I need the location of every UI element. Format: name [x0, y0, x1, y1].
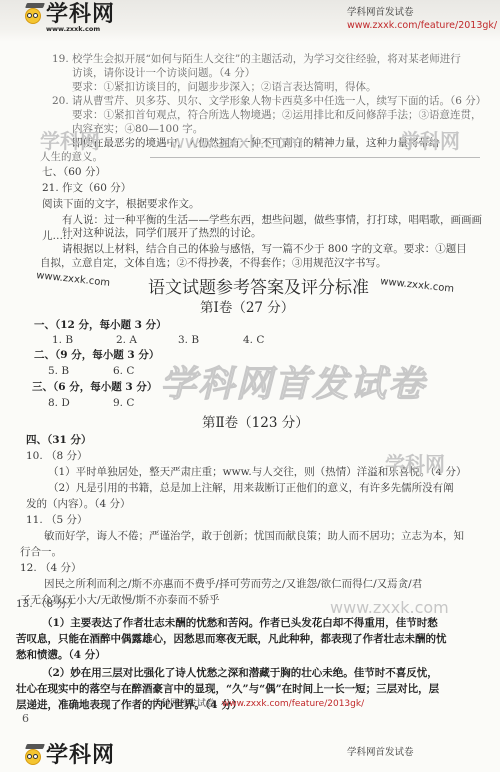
q19-line-2: 访谈，请你设计一个访谈问题。（4 分） — [72, 66, 255, 80]
q21-para2: 针对这种说法，同学们展开了热烈的讨论。 — [62, 226, 262, 240]
section-three-header: 三、（6 分，每小题 3 分） — [32, 380, 157, 394]
q19-line-3: 要求：①紧扣访谈目的，问题步步深入；②语言表达简明，得体。 — [72, 80, 377, 94]
q11-answer-b: 行合一。 — [20, 545, 62, 559]
watermark-xkw-mid: 学科网 — [385, 448, 445, 477]
logo-title-bottom: 学科网 — [46, 744, 115, 768]
header-tagline: 学科网首发试卷 — [347, 6, 497, 19]
watermark-xkw-left: 学科网 — [40, 125, 100, 154]
q21-para1a: 有人说：过一种平衡的生活——学些东西，想些问题，做些事情，打打球，唱唱歌，画画画 — [62, 213, 482, 227]
q21-title: 21. 作文（60 分） — [42, 181, 131, 195]
mascot-icon — [24, 3, 44, 29]
answer-1: 1. B — [52, 333, 73, 347]
footer-url[interactable]: www.zxxk.com/feature/2013gk/ — [222, 699, 364, 709]
q12-answer-a: 因民之所利而利之/斯不亦惠而不费乎/择可劳而劳之/又谁怨/欲仁而得仁/又焉贪/君 — [44, 577, 422, 591]
answer-4: 4. C — [243, 333, 264, 347]
q10-answer-2a: （2）凡是引用的书籍，总是加上注解，用来裁断订正他们的意义，有许多先儒所没有阐 — [48, 481, 454, 495]
logo-url: www.zxxk.com — [46, 25, 115, 33]
q20-line-2: 要求：①紧扣首句观点，符合所选人物境遇；②运用排比和反问修辞手法；③语意连贯， — [72, 108, 482, 122]
q21-para3b: 自拟，立意自定，文体自选；②不得抄袭，不得套作；③用规范汉字书写。 — [40, 256, 387, 270]
q11-title: 11. （5 分） — [26, 513, 88, 527]
watermark-url-left: www.zxxk.com — [36, 270, 111, 289]
answer-2: 2. A — [116, 333, 137, 347]
logo-title: 学科网 — [46, 3, 115, 27]
q13-answer-1a: （1）主要表达了作者壮志未酬的忧愁和苦闷。作者已头发花白却不得重用，佳节时愁 — [42, 616, 438, 630]
section-one-header: 一、（12 分，每小题 3 分） — [34, 318, 167, 332]
q19-line-1: 19. 校学生会拟开展“如何与陌生人交往”的主题活动，为学习交往经验，将对某老师… — [52, 52, 461, 66]
q21-para3a: 请根据以上材料，结合自己的体验与感悟，写一篇不少于 800 字的文章。要求：①题… — [62, 242, 467, 256]
watermark-zxxk-mid: www.zxxk.com — [330, 598, 449, 617]
divider-rule — [150, 157, 480, 158]
bottom-tagline: 学科网首发试卷 — [347, 746, 414, 759]
header-feature-link[interactable]: www.zxxk.com/feature/2013gk/ — [347, 19, 497, 32]
page-number: 6 — [22, 712, 29, 725]
site-logo-bottom[interactable]: 学科网 — [24, 744, 115, 770]
watermark-xkw-right: 学科网 — [400, 125, 460, 154]
volume-2-title: 第Ⅱ卷（123 分） — [202, 411, 309, 431]
answer-8: 8. D — [48, 396, 70, 410]
watermark-big: 学科网首发试卷 — [160, 356, 426, 407]
q13-answer-2a: （2）妙在用三层对比强化了诗人忧愁之深和潜藏于胸的壮心未绝。佳节时不喜反忧， — [42, 666, 438, 680]
mascot-icon — [24, 744, 44, 770]
answer-5: 5. B — [48, 364, 69, 378]
q13-answer-2b: 壮心在现实中的落空与在醉酒豪言中的显现，“久”与“偶”在时间上一长一短；三层对比… — [16, 682, 439, 696]
q11-answer-a: 敏而好学，诲人不倦；严谨治学，敢于创新；忧国而献良策；助人而不居功；立志为本，知 — [44, 529, 464, 543]
q21-instruction: 阅读下面的文字，根据要求作文。 — [42, 197, 200, 211]
q12-title: 12. （4 分） — [20, 561, 82, 575]
section-four-header: 四、（31 分） — [26, 433, 92, 447]
q13-answer-1c: 愁和愤懑。（4 分） — [16, 648, 106, 662]
q13-title: 13. （8 分） — [16, 597, 78, 611]
q20-line-1: 20. 请从曹雪芹、贝多芬、贝尔、文学形象人物卡西莫多中任选一人，续写下面的话。… — [52, 94, 486, 108]
answer-3: 3. B — [178, 333, 199, 347]
q13-answer-1b: 苦叹息，只能在酒醉中偶露雄心，因愁思而寒夜无眠，凡此种种，都表现了作者壮志未酬的… — [16, 632, 447, 646]
answer-9: 9. C — [113, 396, 134, 410]
footer-tag: 学科网首发试卷 www.zxxk.com/feature/2013gk/ — [152, 696, 364, 709]
watermark-url-right: www.zxxk.com — [380, 276, 455, 295]
site-logo[interactable]: 学科网 www.zxxk.com — [24, 3, 115, 33]
q10-title: 10. （8 分） — [26, 449, 88, 463]
volume-1-title: 第Ⅰ卷（27 分） — [200, 296, 294, 316]
footer-tagline: 学科网首发试卷 — [152, 699, 215, 709]
watermark-zxxk-top: www.zxxk.com — [170, 132, 304, 153]
next-page-header: 学科网 学科网首发试卷 — [0, 740, 500, 772]
answer-6: 6. C — [113, 364, 134, 378]
q10-answer-2b: 发的（内容）。（4 分） — [26, 497, 131, 511]
section-two-header: 二、（9 分，每小题 3 分） — [34, 348, 159, 362]
page-header: 学科网 www.zxxk.com 学科网首发试卷 www.zxxk.com/fe… — [0, 0, 500, 42]
section-seven: 七、（60 分） — [42, 165, 106, 179]
answer-key-title: 语文试题参考答案及评分标准 — [148, 273, 369, 298]
